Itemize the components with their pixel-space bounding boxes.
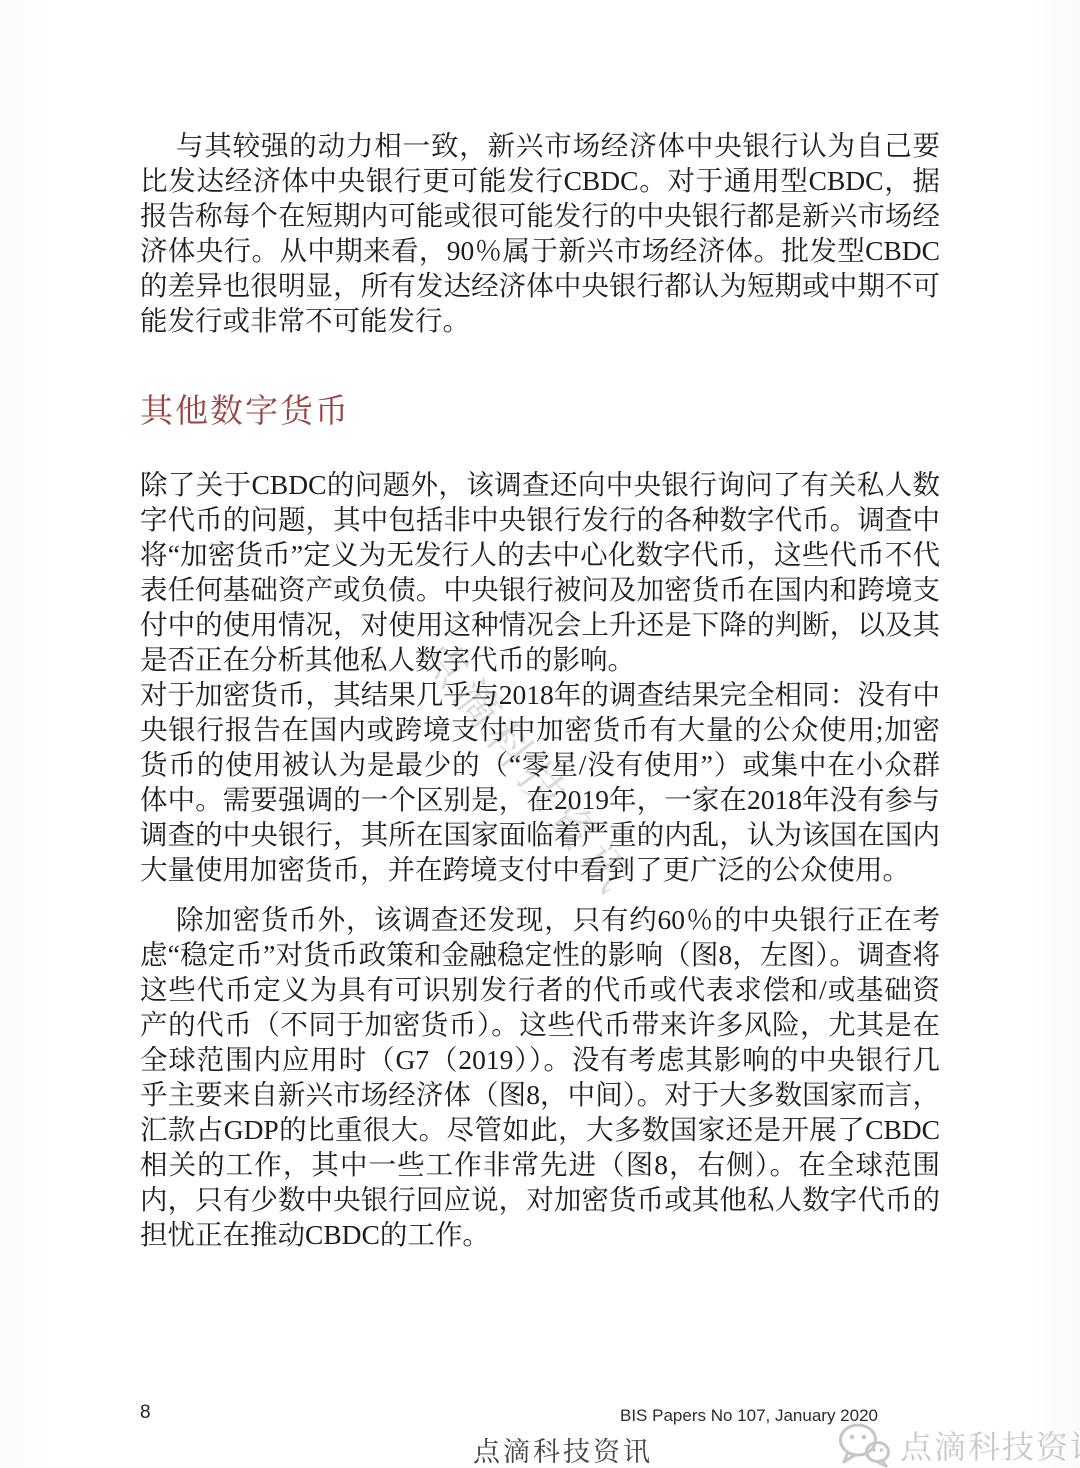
wechat-chat-bubbles-icon [838,1422,890,1468]
paragraph-cryptocurrencies: 对于加密货币，其结果几乎与2018年的调查结果完全相同：没有中央银行报告在国内或… [140,677,940,887]
document-page: 点滴科技资讯 与其较强的动力相一致，新兴市场经济体中央银行认为自己要比发达经济体… [0,0,1080,1468]
wechat-account-logo: 点滴科技资讯 [838,1422,1080,1468]
logo-account-name: 点滴科技资讯 [900,1422,1080,1468]
document-body: 与其较强的动力相一致，新兴市场经济体中央银行认为自己要比发达经济体中央银行更可能… [140,128,940,1252]
footer-watermark-text: 点滴科技资讯 [473,1430,653,1468]
paragraph-intro-cbdc-issuance: 与其较强的动力相一致，新兴市场经济体中央银行认为自己要比发达经济体中央银行更可能… [140,128,940,338]
paragraph-stablecoins: 除加密货币外，该调查还发现，只有约60％的中央银行正在考虑“稳定币”对货币政策和… [140,902,940,1252]
section-heading-other-digital-currencies: 其他数字货币 [140,385,940,432]
page-number: 8 [140,1402,151,1424]
paragraph-private-tokens: 除了关于CBDC的问题外，该调查还向中央银行询问了有关私人数字代币的问题，其中包… [140,467,940,677]
